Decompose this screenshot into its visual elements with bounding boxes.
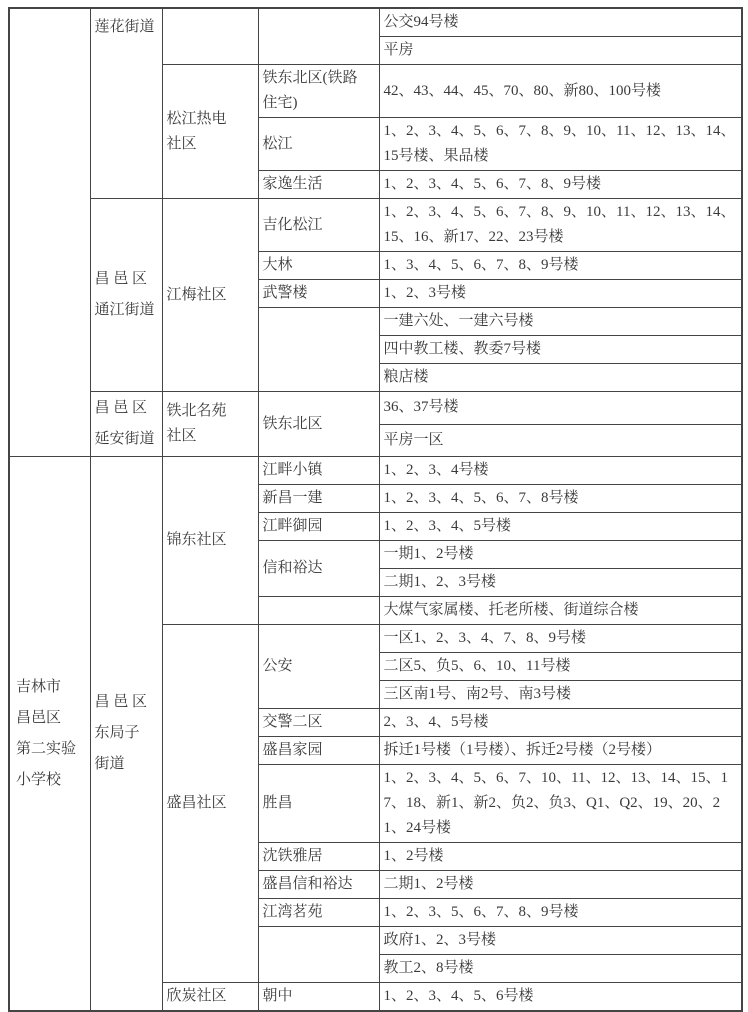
buildings-cell: 1、2、3号楼: [379, 280, 742, 308]
community-cell: 铁北名苑 社区: [162, 392, 258, 457]
buildings-cell: 四中教工楼、教委7号楼: [379, 336, 742, 364]
buildings-cell: 二期1、2号楼: [379, 871, 742, 899]
buildings-cell: 1、2、3、4号楼: [379, 457, 742, 485]
school-district-assignment-table: 莲花街道 公交94号楼 平房 松江热电 社区 铁东北区(铁路 住宅) 42、43…: [8, 7, 743, 1012]
buildings-cell: 1、2号楼: [379, 843, 742, 871]
buildings-cell: 2、3、4、5号楼: [379, 709, 742, 737]
buildings-cell: 一区1、2、3、4、7、8、9号楼: [379, 625, 742, 653]
estate-cell: [258, 927, 379, 983]
buildings-cell: 42、43、44、45、70、80、新80、100号楼: [379, 65, 742, 118]
estate-cell: 盛昌信和裕达: [258, 871, 379, 899]
buildings-cell: 1、2、3、4、5、6、7、10、11、12、13、14、15、17、18、新1…: [379, 765, 742, 843]
buildings-cell: 公交94号楼: [379, 8, 742, 37]
buildings-cell: 三区南1号、南2号、南3号楼: [379, 681, 742, 709]
community-cell: 松江热电 社区: [162, 65, 258, 199]
community-cell: [162, 8, 258, 65]
buildings-cell: 1、2、3、4、5、6、7、8、9、10、11、12、13、14、15、16、新…: [379, 199, 742, 252]
community-cell: 盛昌社区: [162, 625, 258, 983]
estate-cell: 盛昌家园: [258, 737, 379, 765]
estate-cell: 家逸生活: [258, 171, 379, 199]
community-cell: 江梅社区: [162, 199, 258, 392]
buildings-cell: 1、2、3、4、5号楼: [379, 513, 742, 541]
buildings-cell: 二区5、负5、6、10、11号楼: [379, 653, 742, 681]
buildings-cell: 1、2、3、4、5、6号楼: [379, 983, 742, 1012]
buildings-cell: 教工2、8号楼: [379, 955, 742, 983]
estate-cell: 江畔御园: [258, 513, 379, 541]
buildings-cell: 1、3、4、5、6、7、8、9号楼: [379, 252, 742, 280]
community-cell: 欣炭社区: [162, 983, 258, 1012]
buildings-cell: 1、2、3、4、5、6、7、8、9号楼: [379, 171, 742, 199]
estate-cell: [258, 597, 379, 625]
buildings-cell: 大煤气家属楼、托老所楼、街道综合楼: [379, 597, 742, 625]
estate-cell: 新昌一建: [258, 485, 379, 513]
buildings-cell: 粮店楼: [379, 364, 742, 392]
buildings-cell: 1、2、3、4、5、6、7、8、9、10、11、12、13、14、15号楼、果品…: [379, 118, 742, 171]
buildings-cell: 一建六处、一建六号楼: [379, 308, 742, 336]
estate-cell: 武警楼: [258, 280, 379, 308]
estate-cell: 铁东北区: [258, 392, 379, 457]
estate-cell: [258, 308, 379, 392]
buildings-cell: 二期1、2、3号楼: [379, 569, 742, 597]
estate-cell: 江畔小镇: [258, 457, 379, 485]
buildings-cell: 36、37号楼: [379, 392, 742, 425]
estate-cell: [258, 8, 379, 65]
buildings-cell: 一期1、2号楼: [379, 541, 742, 569]
buildings-cell: 平房: [379, 37, 742, 65]
buildings-cell: 拆迁1号楼（1号楼）、拆迁2号楼（2号楼）: [379, 737, 742, 765]
estate-cell: 交警二区: [258, 709, 379, 737]
buildings-cell: 1、2、3、4、5、6、7、8号楼: [379, 485, 742, 513]
buildings-cell: 1、2、3、5、6、7、8、9号楼: [379, 899, 742, 927]
community-cell: 锦东社区: [162, 457, 258, 625]
estate-cell: 铁东北区(铁路 住宅): [258, 65, 379, 118]
estate-cell: 吉化松江: [258, 199, 379, 252]
scanned-document-page: 莲花街道 公交94号楼 平房 松江热电 社区 铁东北区(铁路 住宅) 42、43…: [0, 0, 748, 1012]
street-cell: 莲花街道: [90, 8, 162, 199]
estate-cell: 信和裕达: [258, 541, 379, 597]
buildings-cell: 平房一区: [379, 424, 742, 457]
estate-cell: 公安: [258, 625, 379, 709]
estate-cell: 胜昌: [258, 765, 379, 843]
estate-cell: 江湾茗苑: [258, 899, 379, 927]
school-cell: 吉林市 昌邑区 第二实验 小学校: [9, 457, 90, 1012]
school-cell: [9, 8, 90, 457]
estate-cell: 松江: [258, 118, 379, 171]
estate-cell: 朝中: [258, 983, 379, 1012]
street-cell: 昌 邑 区 延安街道: [90, 392, 162, 457]
street-cell: 昌 邑 区 东局子 街道: [90, 457, 162, 1012]
buildings-cell: 政府1、2、3号楼: [379, 927, 742, 955]
estate-cell: 沈铁雅居: [258, 843, 379, 871]
street-cell: 昌 邑 区 通江街道: [90, 199, 162, 392]
estate-cell: 大林: [258, 252, 379, 280]
